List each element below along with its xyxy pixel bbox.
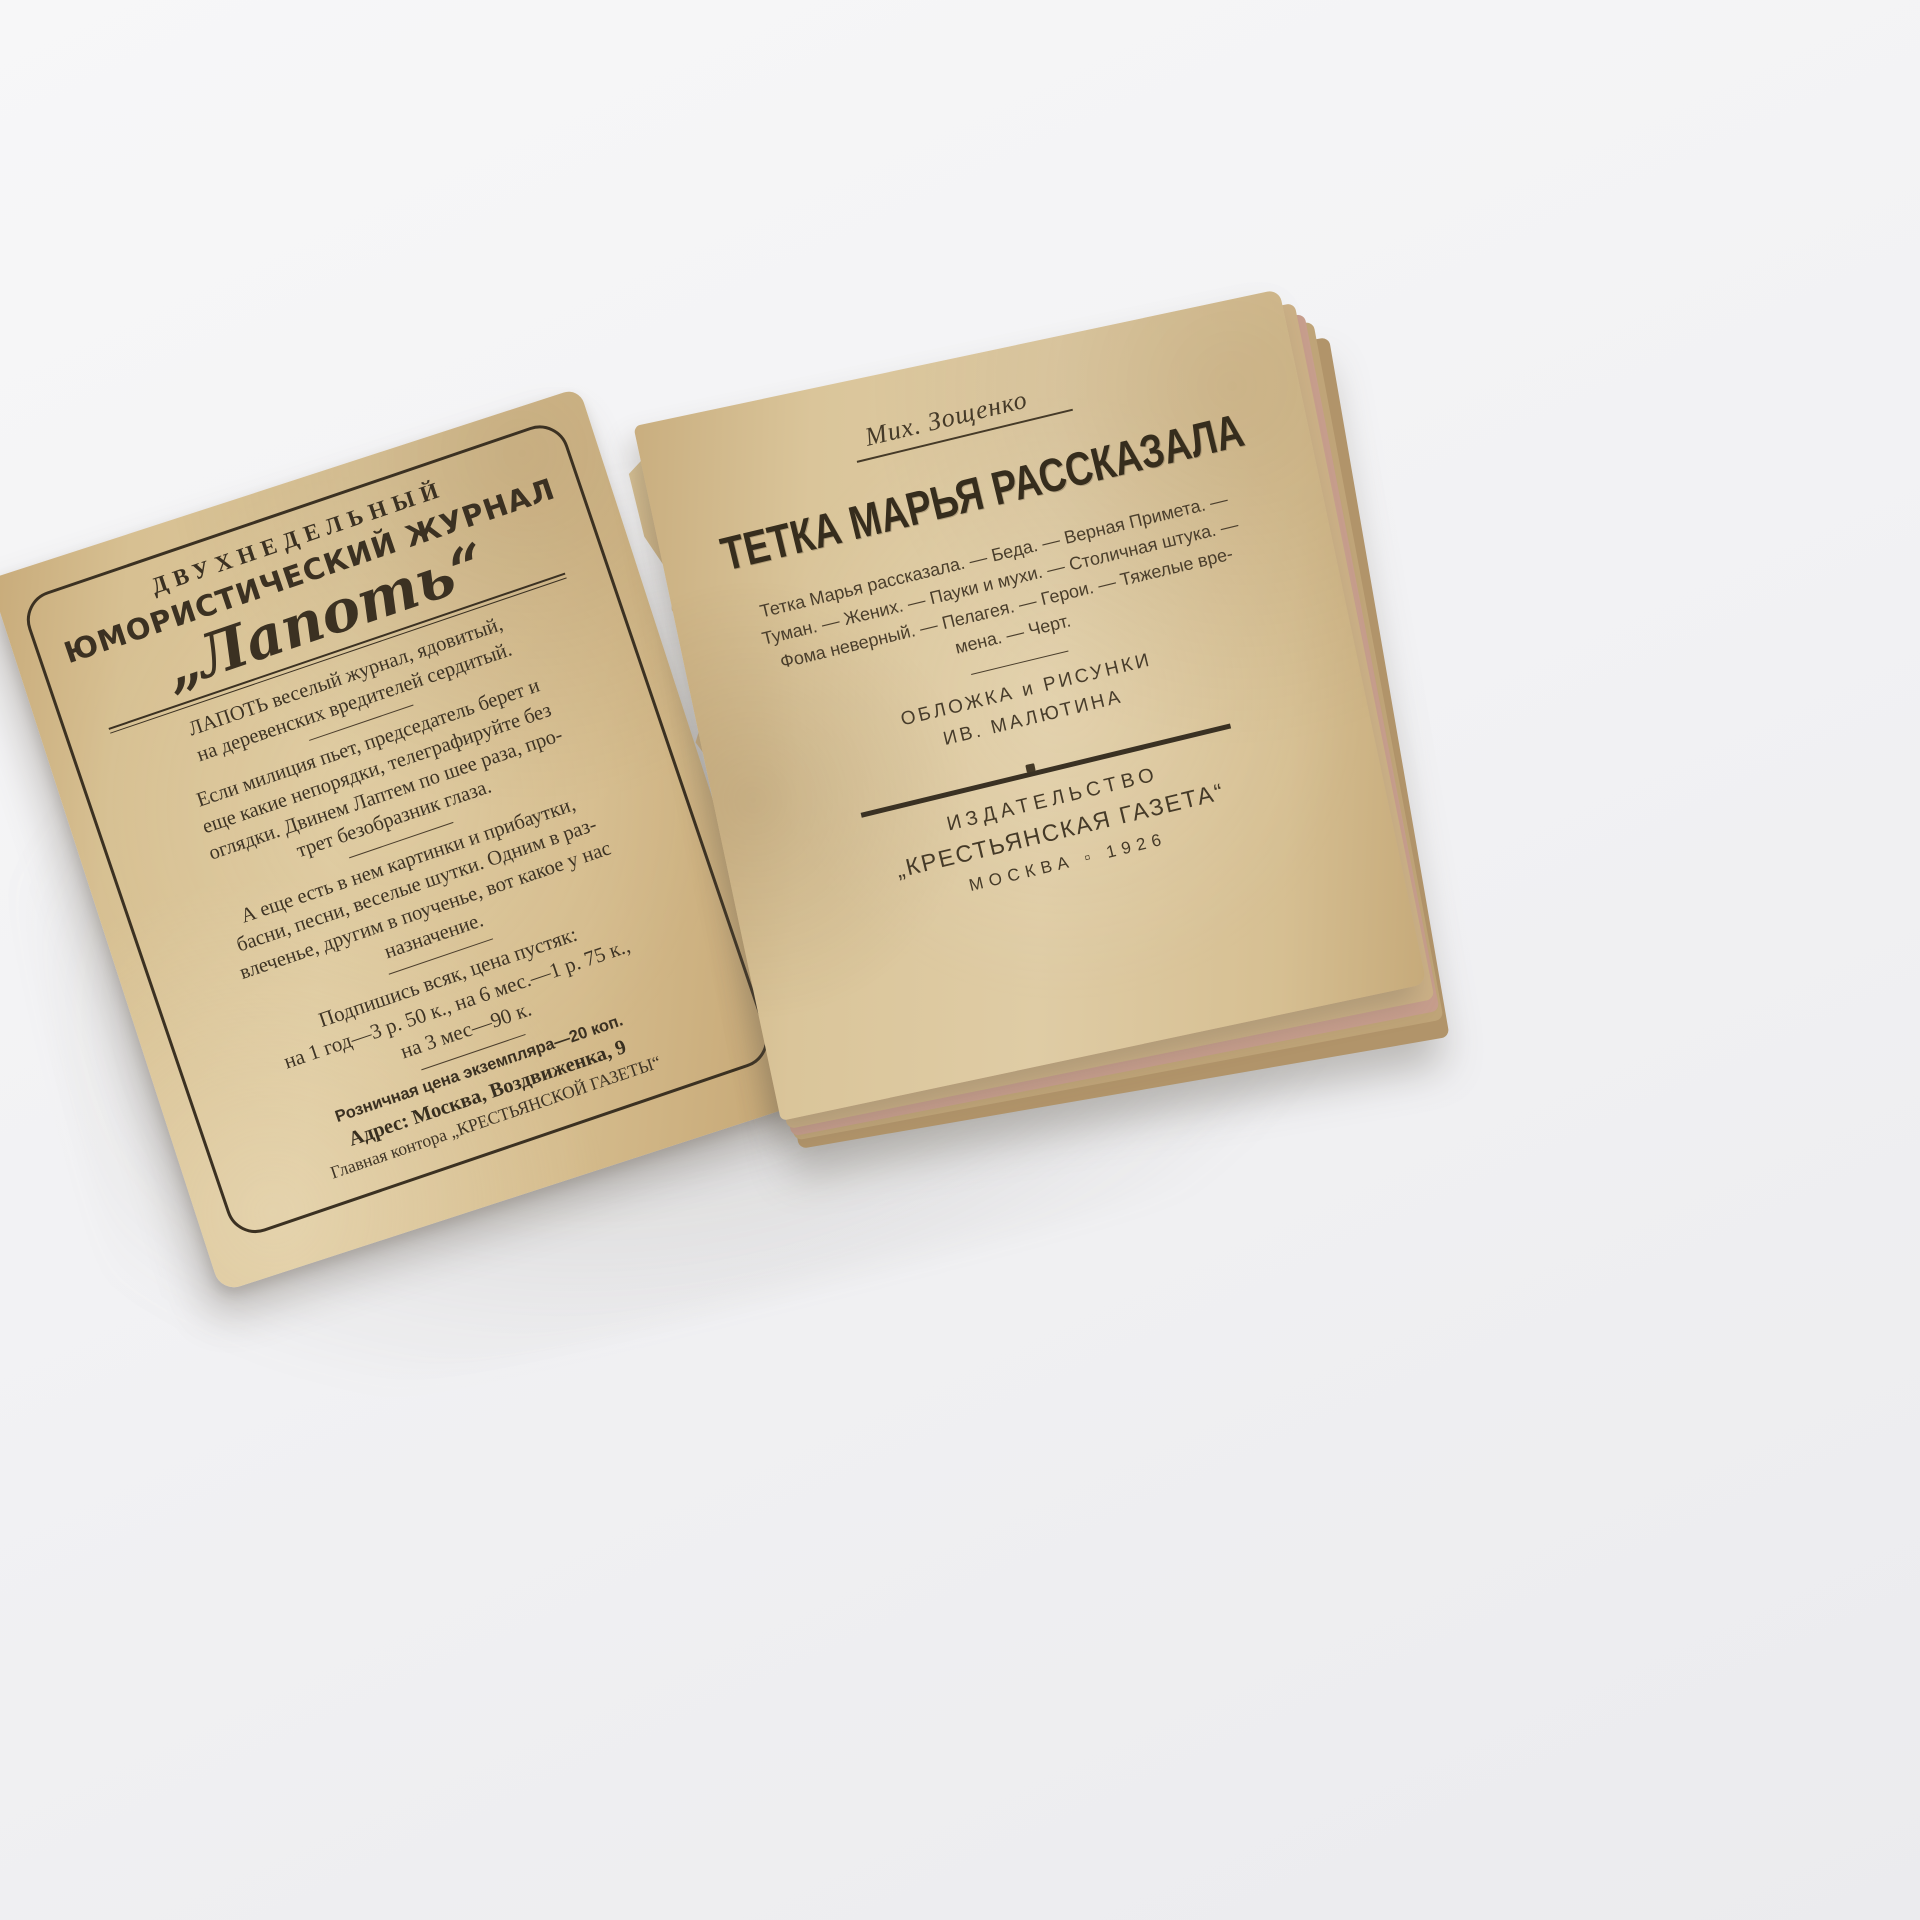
photo-scene: ДВУХНЕДЕЛЬНЫЙ ЮМОРИСТИЧЕСКИЙ ЖУРНАЛ „Лап… [0, 0, 1920, 1920]
